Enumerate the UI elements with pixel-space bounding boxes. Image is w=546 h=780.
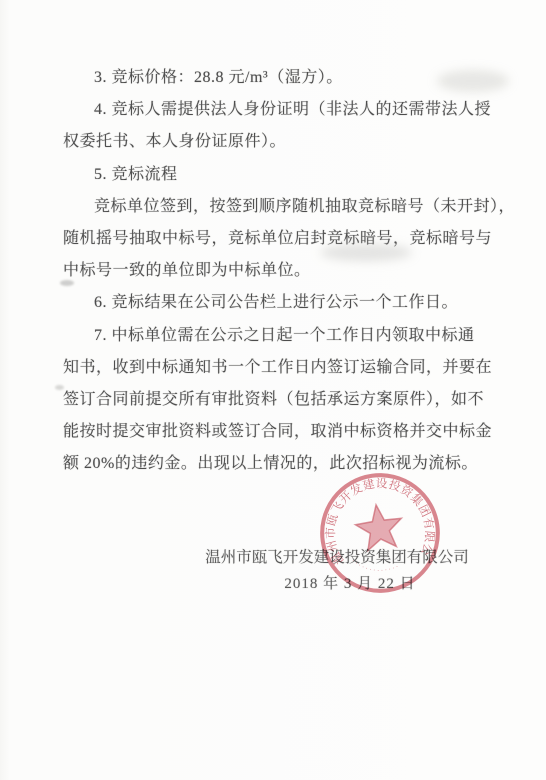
document-body-text: 3. 竞标价格：28.8 元/m³（湿方）。 4. 竞标人需提供法人身份证明（非… [63, 62, 509, 481]
doc-line: 随机摇号抽取中标号，竞标单位启封竞标暗号，竞标暗号与 [63, 223, 509, 255]
doc-line: 7. 中标单位需在公示之日起一个工作日内领取中标通 [63, 320, 509, 352]
doc-line: 签订合同前提交所有审批资料（包括承运方案原件），如不 [63, 384, 509, 416]
doc-line: 6. 竞标结果在公司公告栏上进行公示一个工作日。 [63, 287, 509, 319]
doc-line: 3. 竞标价格：28.8 元/m³（湿方）。 [63, 62, 509, 94]
doc-line: 竞标单位签到，按签到顺序随机抽取竞标暗号（未开封）， [63, 191, 509, 223]
doc-line: 能按时提交审批资料或签订合同，取消中标资格并交中标金 [63, 416, 509, 448]
signature-company-name: 温州市瓯飞开发建设投资集团有限公司 [203, 545, 471, 567]
signature-date: 2018 年 3 月 22 日 [230, 572, 470, 593]
doc-line: 额 20%的违约金。出现以上情况的，此次招标视为流标。 [63, 448, 509, 480]
doc-line: 中标号一致的单位即为中标单位。 [63, 255, 509, 287]
doc-line: 知书，收到中标通知书一个工作日内签订运输合同，并要在 [63, 352, 509, 384]
doc-line: 4. 竞标人需提供法人身份证明（非法人的还需带法人授 [63, 94, 509, 126]
doc-line: 权委托书、本人身份证原件）。 [63, 126, 509, 158]
doc-line: 5. 竞标流程 [63, 159, 509, 191]
scanned-document-page: 3. 竞标价格：28.8 元/m³（湿方）。 4. 竞标人需提供法人身份证明（非… [0, 0, 546, 780]
